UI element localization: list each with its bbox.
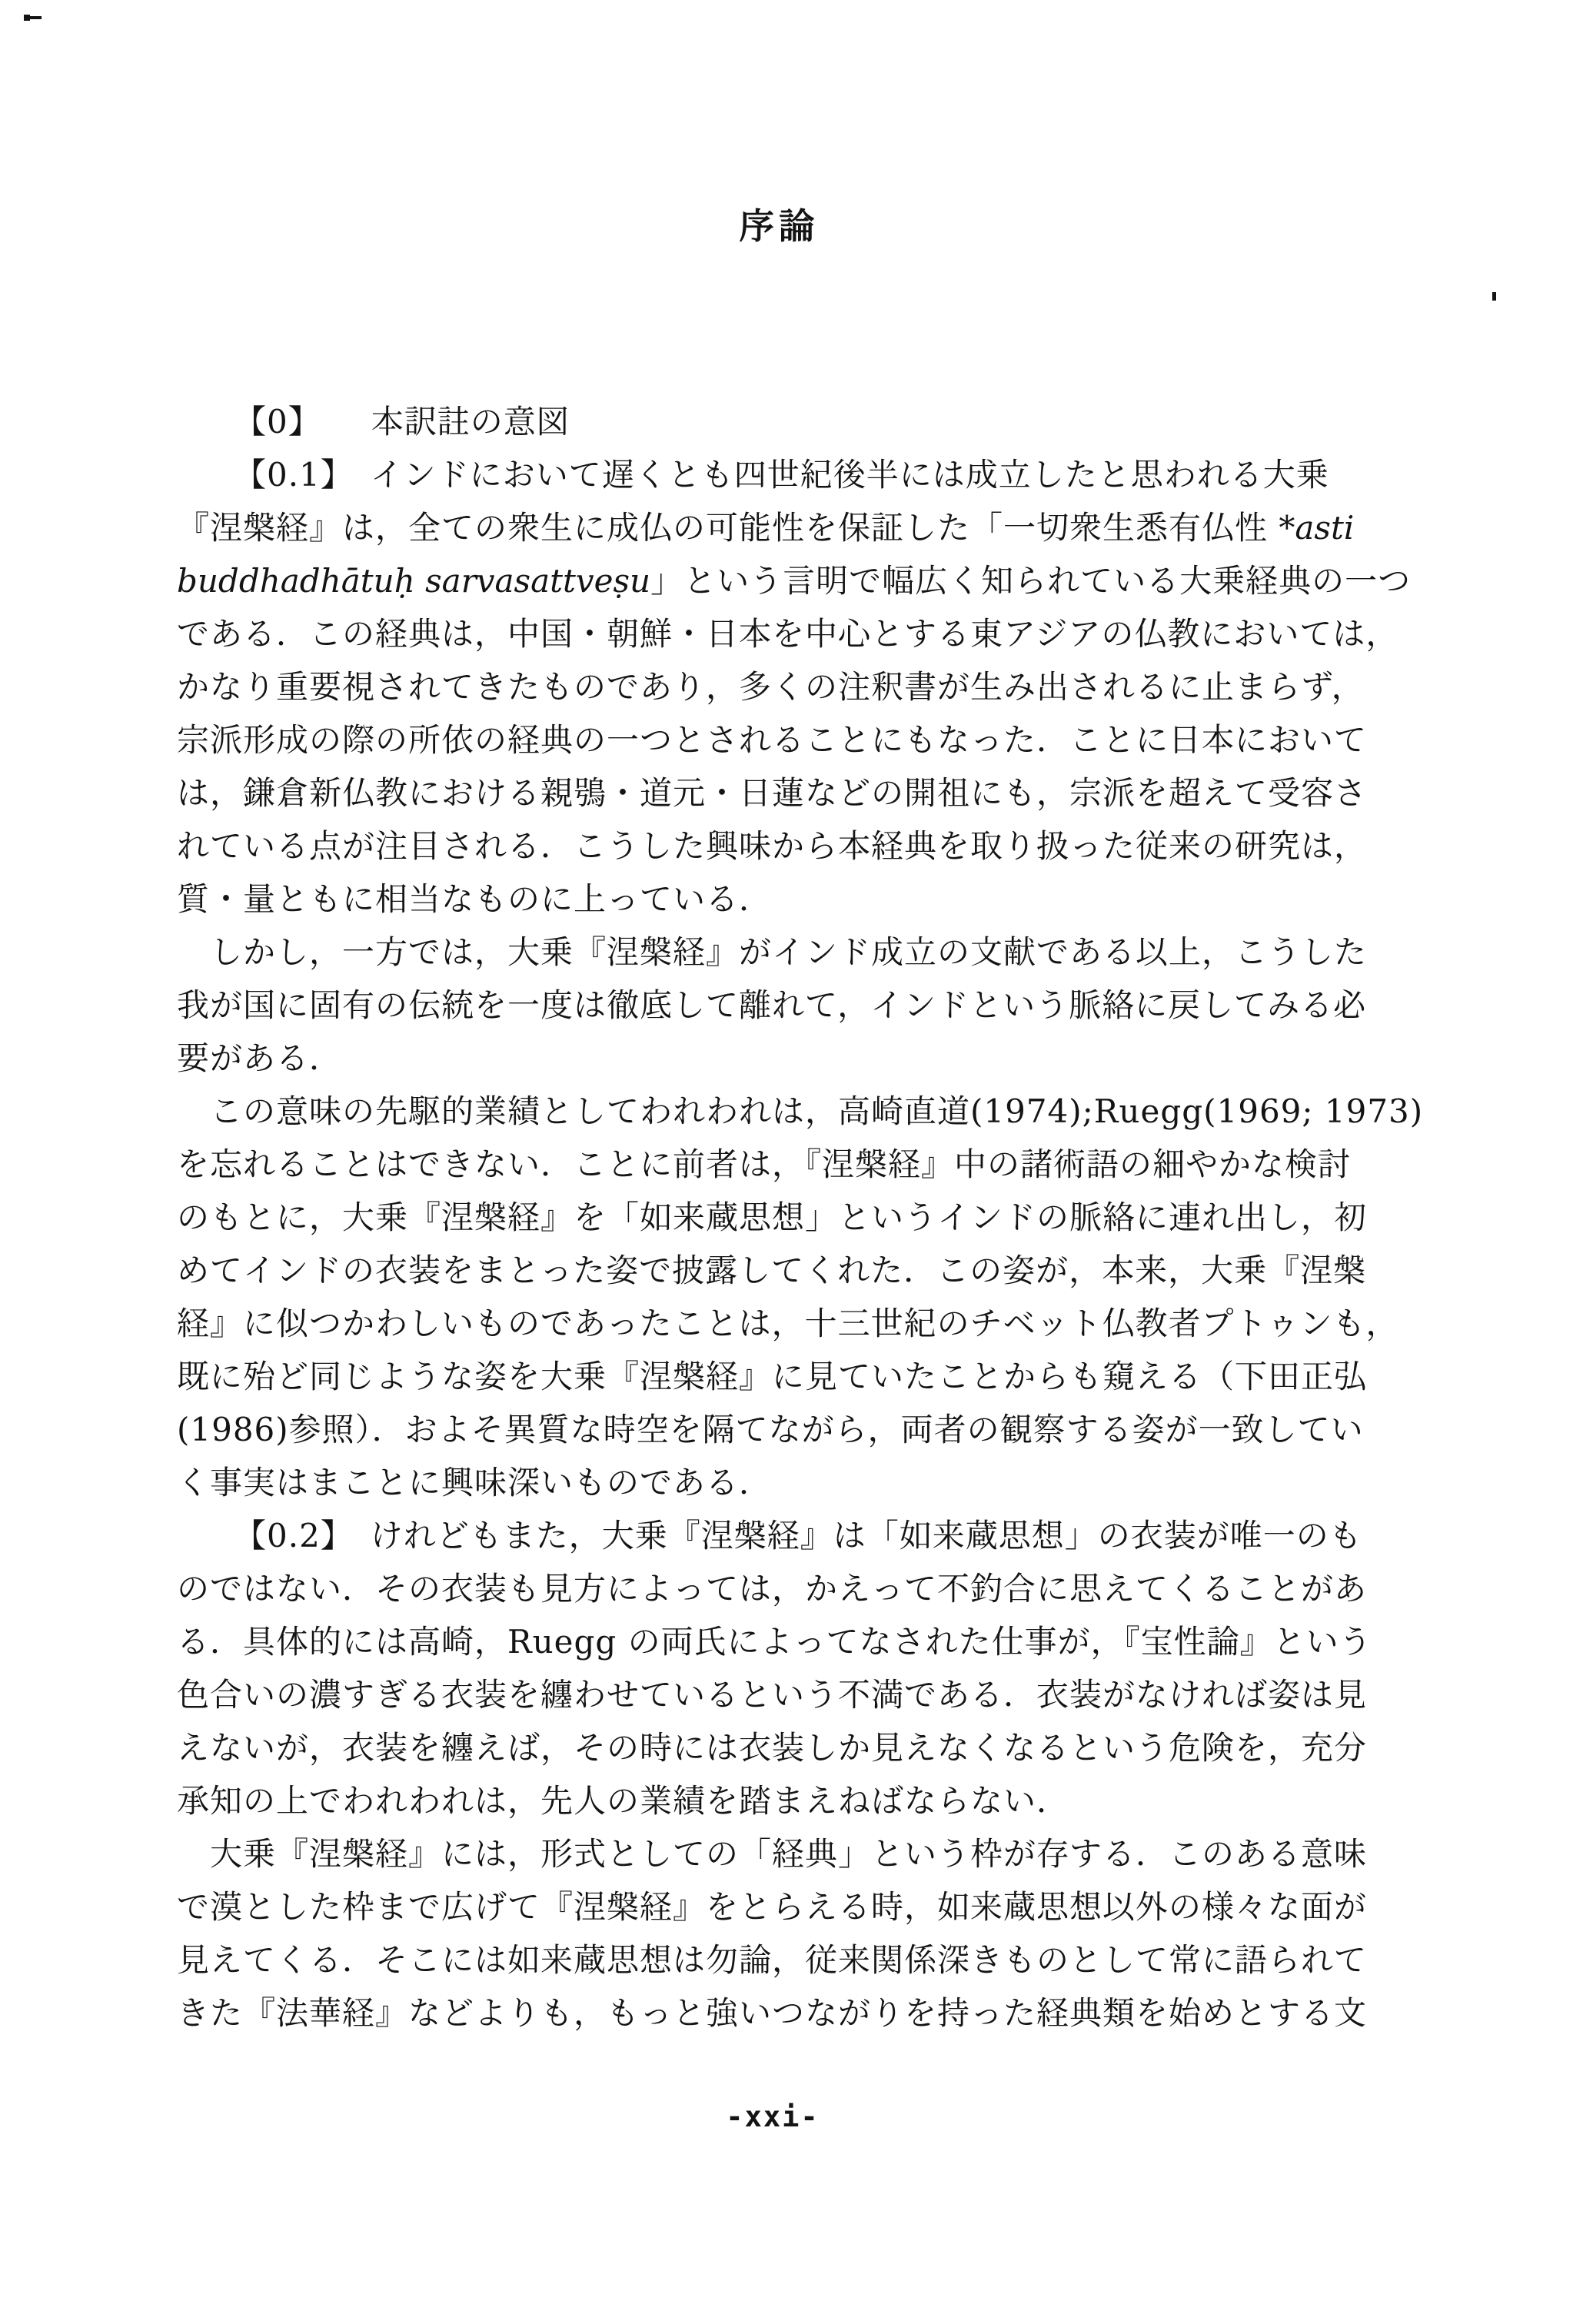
scan-artifact-speck <box>1492 292 1496 301</box>
japanese-text: かなり重要視されてきたものであり，多くの注釈書が生み出されるに止まらず， <box>177 668 1365 706</box>
japanese-text: を忘れることはできない．ことに前者は，『涅槃経』中の諸術語の細やかな検討 <box>177 1145 1351 1183</box>
text-line: 見えてくる．そこには如来蔵思想は勿論，従来関係深きものとして常に語られて <box>177 1933 1453 1987</box>
japanese-text: く事実はまことに興味深いものである． <box>177 1464 772 1501</box>
text-line: 宗派形成の際の所依の経典の一つとされることにもなった．ことに日本において <box>177 713 1453 766</box>
body-text: 【0】 本訳註の意図【0.1】 インドにおいて遅くとも四世紀後半には成立したと思… <box>177 395 1453 2040</box>
text-line: 【0.1】 インドにおいて遅くとも四世紀後半には成立したと思われる大乗 <box>177 448 1453 501</box>
japanese-text: 大乗『涅槃経』には，形式としての「経典」という枠が存する．このある意味 <box>210 1835 1367 1873</box>
japanese-text: 」という言明で幅広く知られている大乗経典の一つ <box>650 562 1411 600</box>
text-line: しかし，一方では，大乗『涅槃経』がインド成立の文献である以上，こうした <box>177 926 1453 979</box>
japanese-text: 色合いの濃すぎる衣装を纏わせているという不満である．衣装がなければ姿は見 <box>177 1676 1367 1714</box>
text-line: 既に殆ど同じような姿を大乗『涅槃経』に見ていたことからも窺える（下田正弘 <box>177 1350 1453 1403</box>
japanese-text: で漠とした枠まで広げて『涅槃経』をとらえる時，如来蔵思想以外の様々な面が <box>177 1888 1367 1926</box>
japanese-text: 承知の上でわれわれは，先人の業績を踏まえねばならない． <box>177 1782 1069 1820</box>
japanese-text: のではない．その衣装も見方によっては，かえって不釣合に思えてくることがあ <box>177 1570 1367 1608</box>
japanese-text: 要がある． <box>177 1039 342 1077</box>
text-line: 『涅槃経』は，全ての衆生に成仏の可能性を保証した「一切衆生悉有仏性 *asti <box>177 501 1453 554</box>
text-line: 要がある． <box>177 1032 1453 1085</box>
text-line: で漠とした枠まで広げて『涅槃経』をとらえる時，如来蔵思想以外の様々な面が <box>177 1880 1453 1933</box>
scan-artifact-dash <box>24 16 42 19</box>
japanese-text: めてインドの衣装をまとった姿で披露してくれた．この姿が，本来，大乗『涅槃 <box>177 1252 1366 1289</box>
text-line: 承知の上でわれわれは，先人の業績を踏まえねばならない． <box>177 1774 1453 1827</box>
text-line: 経』に似つかわしいものであったことは，十三世紀のチベット仏教者プトゥンも， <box>177 1297 1453 1350</box>
japanese-text: この意味の先駆的業績としてわれわれは，高崎直道(1974);Ruegg(1969… <box>210 1092 1423 1130</box>
japanese-text: れている点が注目される．こうした興味から本経典を取り扱った従来の研究は， <box>177 827 1367 865</box>
text-line: く事実はまことに興味深いものである． <box>177 1456 1453 1509</box>
text-line: る．具体的には高崎，Ruegg の両氏によってなされた仕事が，『宝性論』という <box>177 1615 1453 1668</box>
latin-italic-text: buddhadhātuḥ sarvasattveṣu <box>177 562 650 600</box>
text-line: のもとに，大乗『涅槃経』を「如来蔵思想」というインドの脈絡に連れ出し，初 <box>177 1191 1453 1244</box>
text-line: 【0】 本訳註の意図 <box>177 395 1453 448</box>
text-line: である．この経典は，中国・朝鮮・日本を中心とする東アジアの仏教においては， <box>177 607 1453 660</box>
latin-italic-text: *asti <box>1279 509 1354 547</box>
japanese-text: 【0】 本訳註の意図 <box>234 403 570 441</box>
japanese-text: 我が国に固有の伝統を一度は徹底して離れて，インドという脈絡に戻してみる必 <box>177 986 1366 1024</box>
text-line: 【0.2】 けれどもまた，大乗『涅槃経』は「如来蔵思想」の衣装が唯一のも <box>177 1509 1453 1562</box>
japanese-text: 質・量ともに相当なものに上っている． <box>177 880 772 918</box>
japanese-text: きた『法華経』などよりも，もっと強いつながりを持った経典類を始めとする文 <box>177 1994 1367 2032</box>
text-line: れている点が注目される．こうした興味から本経典を取り扱った従来の研究は， <box>177 820 1453 873</box>
text-line: を忘れることはできない．ことに前者は，『涅槃経』中の諸術語の細やかな検討 <box>177 1138 1453 1191</box>
japanese-text: る．具体的には高崎，Ruegg の両氏によってなされた仕事が，『宝性論』という <box>177 1623 1372 1661</box>
japanese-text: 見えてくる．そこには如来蔵思想は勿論，従来関係深きものとして常に語られて <box>177 1941 1367 1979</box>
text-line: かなり重要視されてきたものであり，多くの注釈書が生み出されるに止まらず， <box>177 660 1453 713</box>
japanese-text: 【0.2】 けれどもまた，大乗『涅槃経』は「如来蔵思想」の衣装が唯一のも <box>234 1517 1362 1554</box>
japanese-text: は，鎌倉新仏教における親鴞・道元・日蓮などの開祖にも，宗派を超えて受容さ <box>177 774 1367 812</box>
japanese-text: 『涅槃経』は，全ての衆生に成仏の可能性を保証した「一切衆生悉有仏性 <box>177 509 1279 547</box>
text-line: えないが，衣装を纏えば，その時には衣装しか見えなくなるという危険を，充分 <box>177 1721 1453 1774</box>
japanese-text: 既に殆ど同じような姿を大乗『涅槃経』に見ていたことからも窺える（下田正弘 <box>177 1358 1367 1395</box>
text-line: (1986)参照）．およそ異質な時空を隔てながら，両者の観察する姿が一致してい <box>177 1403 1453 1456</box>
japanese-text: しかし，一方では，大乗『涅槃経』がインド成立の文献である以上，こうした <box>210 933 1367 971</box>
japanese-text: 宗派形成の際の所依の経典の一つとされることにもなった．ことに日本において <box>177 721 1367 759</box>
text-line: のではない．その衣装も見方によっては，かえって不釣合に思えてくることがあ <box>177 1562 1453 1615</box>
scanned-document-page: 序論 【0】 本訳註の意図【0.1】 インドにおいて遅くとも四世紀後半には成立し… <box>0 0 1583 2324</box>
japanese-text: 【0.1】 インドにおいて遅くとも四世紀後半には成立したと思われる大乗 <box>234 456 1329 494</box>
text-line: 我が国に固有の伝統を一度は徹底して離れて，インドという脈絡に戻してみる必 <box>177 979 1453 1032</box>
text-line: 大乗『涅槃経』には，形式としての「経典」という枠が存する．このある意味 <box>177 1827 1453 1880</box>
japanese-text: 経』に似つかわしいものであったことは，十三世紀のチベット仏教者プトゥンも， <box>177 1305 1399 1342</box>
japanese-text: えないが，衣装を纏えば，その時には衣装しか見えなくなるという危険を，充分 <box>177 1729 1367 1767</box>
japanese-text: のもとに，大乗『涅槃経』を「如来蔵思想」というインドの脈絡に連れ出し，初 <box>177 1199 1367 1236</box>
text-line: buddhadhātuḥ sarvasattveṣu」という言明で幅広く知られて… <box>177 554 1453 607</box>
text-line: 質・量ともに相当なものに上っている． <box>177 873 1453 926</box>
japanese-text: である．この経典は，中国・朝鮮・日本を中心とする東アジアの仏教においては， <box>177 615 1398 653</box>
text-line: 色合いの濃すぎる衣装を纏わせているという不満である．衣装がなければ姿は見 <box>177 1668 1453 1721</box>
text-line: は，鎌倉新仏教における親鴞・道元・日蓮などの開祖にも，宗派を超えて受容さ <box>177 766 1453 820</box>
page-number: -xxi- <box>0 2100 1545 2133</box>
text-line: この意味の先駆的業績としてわれわれは，高崎直道(1974);Ruegg(1969… <box>177 1085 1453 1138</box>
page-title: 序論 <box>0 198 1558 249</box>
text-line: めてインドの衣装をまとった姿で披露してくれた．この姿が，本来，大乗『涅槃 <box>177 1244 1453 1297</box>
text-line: きた『法華経』などよりも，もっと強いつながりを持った経典類を始めとする文 <box>177 1987 1453 2040</box>
japanese-text: (1986)参照）．およそ異質な時空を隔てながら，両者の観察する姿が一致してい <box>177 1411 1364 1448</box>
